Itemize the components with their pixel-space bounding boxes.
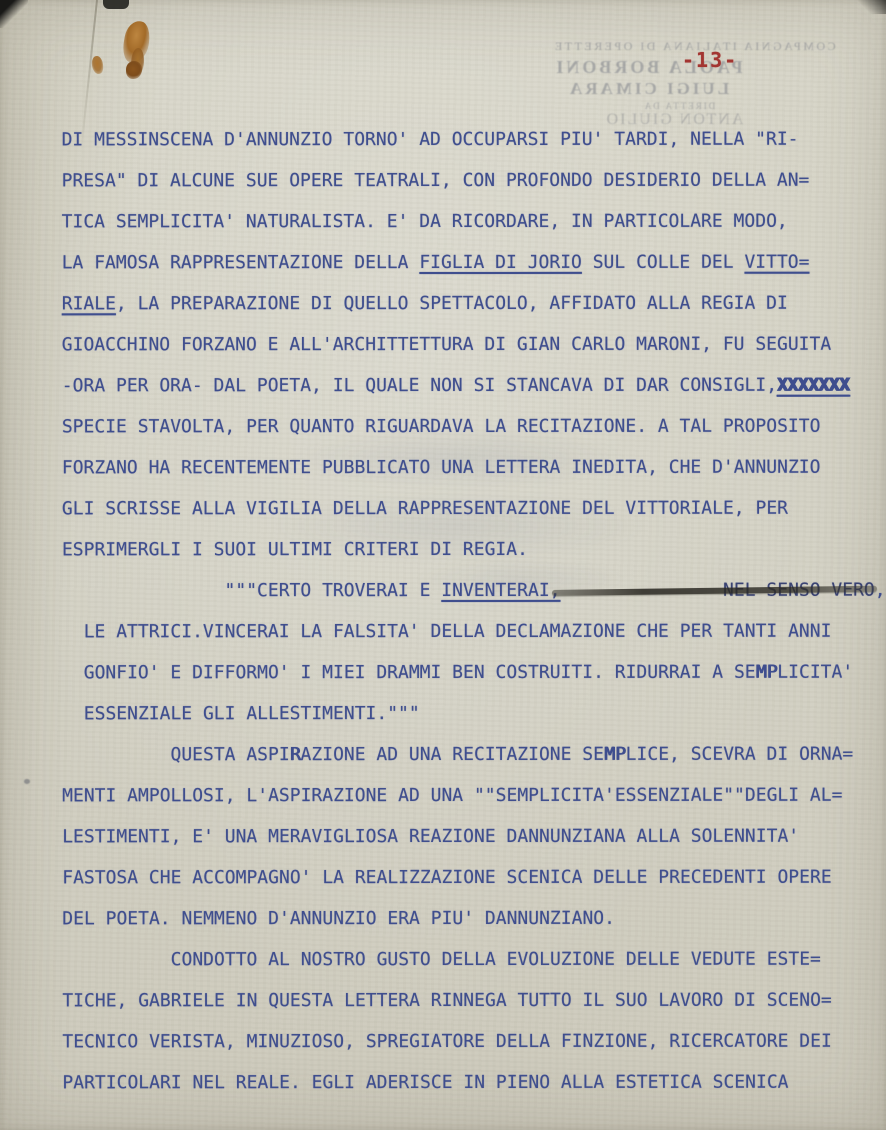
text-line: """CERTO TROVERAI E INVENTERAI,NEL SENSO…: [62, 570, 882, 612]
ink-stain: [130, 48, 145, 77]
typed-text: DI MESSINSCENA D'ANNUNZIO TORNO' AD OCCU…: [62, 119, 883, 1104]
text-line: ESPRIMERGLI I SUOI ULTIMI CRITERI DI REG…: [62, 529, 882, 571]
text-line: LE ATTRICI.VINCERAI LA FALSITA' DELLA DE…: [62, 611, 882, 653]
ghost-letterhead-line: DIRETTA DA: [633, 101, 725, 111]
ghost-letterhead-line: LUIGI CIMARA: [552, 79, 744, 99]
document-page: COMPAGNIA ITALIANA DI OPERETTE PAOLA BOR…: [0, 0, 886, 1130]
ink-stain: [91, 55, 104, 74]
text-line: GLI SCRISSE ALLA VIGILIA DELLA RAPPRESEN…: [62, 488, 882, 530]
text-line: TICA SEMPLICITA' NATURALISTA. E' DA RICO…: [62, 201, 882, 243]
text-line: QUESTA ASPIRAZIONE AD UNA RECITAZIONE SE…: [62, 734, 882, 776]
margin-mark: [24, 779, 30, 784]
text-line: DEL POETA. NEMMENO D'ANNUNZIO ERA PIU' D…: [62, 898, 882, 940]
ink-stain: [126, 61, 142, 79]
text-line: ESSENZIALE GLI ALLESTIMENTI.""": [62, 693, 882, 735]
text-line: -ORA PER ORA- DAL POETA, IL QUALE NON SI…: [62, 365, 882, 407]
text-line: TECNICO VERISTA, MINUZIOSO, SPREGIATORE …: [62, 1021, 882, 1063]
ink-stain: [121, 19, 153, 65]
page-corner-shadow: [0, 0, 28, 28]
text-line: DI MESSINSCENA D'ANNUNZIO TORNO' AD OCCU…: [62, 119, 882, 161]
page-corner-shadow: [852, 0, 886, 14]
text-line: FASTOSA CHE ACCOMPAGNO' LA REALIZZAZIONE…: [62, 857, 882, 899]
text-line: PRESA" DI ALCUNE SUE OPERE TEATRALI, CON…: [62, 160, 882, 202]
text-line: GONFIO' E DIFFORMO' I MIEI DRAMMI BEN CO…: [62, 652, 882, 694]
text-line: LESTIMENTI, E' UNA MERAVIGLIOSA REAZIONE…: [62, 816, 882, 858]
text-line: GIOACCHINO FORZANO E ALL'ARCHITTETTURA D…: [62, 324, 882, 366]
text-line: MENTI AMPOLLOSI, L'ASPIRAZIONE AD UNA ""…: [62, 775, 882, 817]
text-line: RIALE, LA PREPARAZIONE DI QUELLO SPETTAC…: [62, 283, 882, 325]
page-edge-notch: [103, 0, 129, 9]
text-line: PARTICOLARI NEL REALE. EGLI ADERISCE IN …: [62, 1062, 882, 1104]
text-line: TICHE, GABRIELE IN QUESTA LETTERA RINNEG…: [62, 980, 882, 1022]
text-line: FORZANO HA RECENTEMENTE PUBBLICATO UNA L…: [62, 447, 882, 489]
page-number: -13-: [682, 48, 738, 72]
text-line: CONDOTTO AL NOSTRO GUSTO DELLA EVOLUZION…: [62, 939, 882, 981]
text-line: LA FAMOSA RAPPRESENTAZIONE DELLA FIGLIA …: [62, 242, 882, 284]
text-line: SPECIE STAVOLTA, PER QUANTO RIGUARDAVA L…: [62, 406, 882, 448]
